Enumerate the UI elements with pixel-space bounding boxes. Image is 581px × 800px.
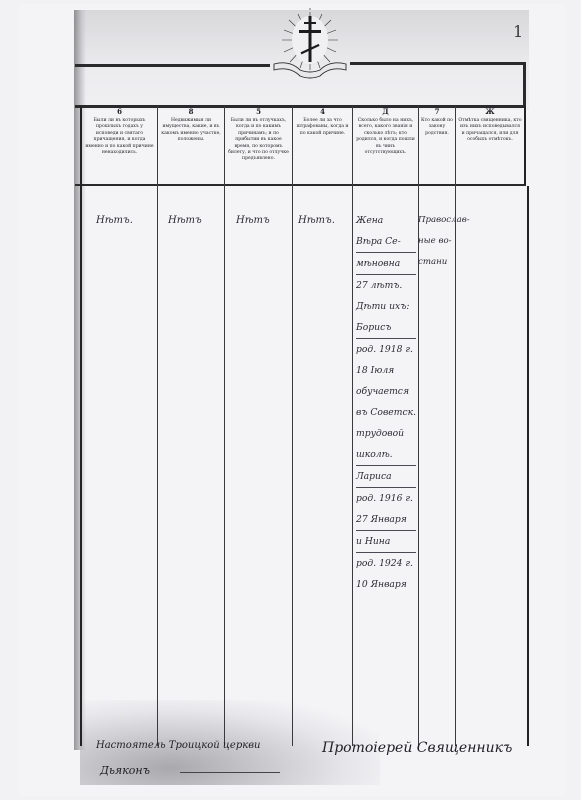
column-header-2: 8 Недвижимыя ли имущества, какие, и въ к… (158, 106, 224, 184)
entry-col6: Православ- ные во- стани (418, 210, 458, 273)
column-header-1: 6 Были ли въ которыхъ прошлыхъ годахъ у … (82, 106, 157, 184)
column-header-6: 7 Кто какой по закону родствия. (419, 106, 455, 184)
column-border (292, 106, 293, 746)
column-border (224, 106, 225, 746)
header-bottom-rule (75, 184, 526, 186)
header-rule-top (75, 64, 270, 67)
entry-col3: Нѣтъ (236, 215, 270, 226)
signature-right: Протоiерей Священникъ (322, 740, 512, 756)
entry-col1: Нѣтъ. (96, 215, 133, 226)
column-header-5: Д Сколько было на нихъ, всего, какого зв… (353, 106, 418, 184)
corner-mark: 1 (513, 22, 523, 41)
column-border (455, 106, 456, 746)
column-header-3: 5 Были ли въ отлучкахъ, когда и по каким… (225, 106, 292, 184)
entry-col5-family: Жена Вѣра Се- мѣновна 27 лѣтъ. Дѣти ихъ:… (356, 210, 416, 595)
signature-underline (180, 772, 280, 773)
signature-left-line2: Дьяконъ (100, 764, 150, 777)
column-border (352, 106, 353, 746)
column-border (418, 106, 419, 746)
column-border (80, 106, 82, 746)
entry-col2: Нѣтъ (168, 215, 202, 226)
column-header-4: 4 Более ли за что штрафованы, когда и по… (293, 106, 352, 184)
header-rule-right-edge (523, 62, 526, 108)
column-header-7: Ж Отмѣтка священника, кто изъ нихъ испов… (456, 106, 524, 184)
signature-left-line1: Настоятель Троицкой церкви (96, 740, 260, 751)
header-rule-top-right (350, 62, 526, 65)
column-border-right-top (524, 106, 526, 186)
entry-col4: Нѣтъ. (298, 215, 335, 226)
column-border (157, 106, 158, 746)
orthodox-cross-emblem-icon (270, 8, 350, 80)
column-border-right (527, 186, 529, 746)
